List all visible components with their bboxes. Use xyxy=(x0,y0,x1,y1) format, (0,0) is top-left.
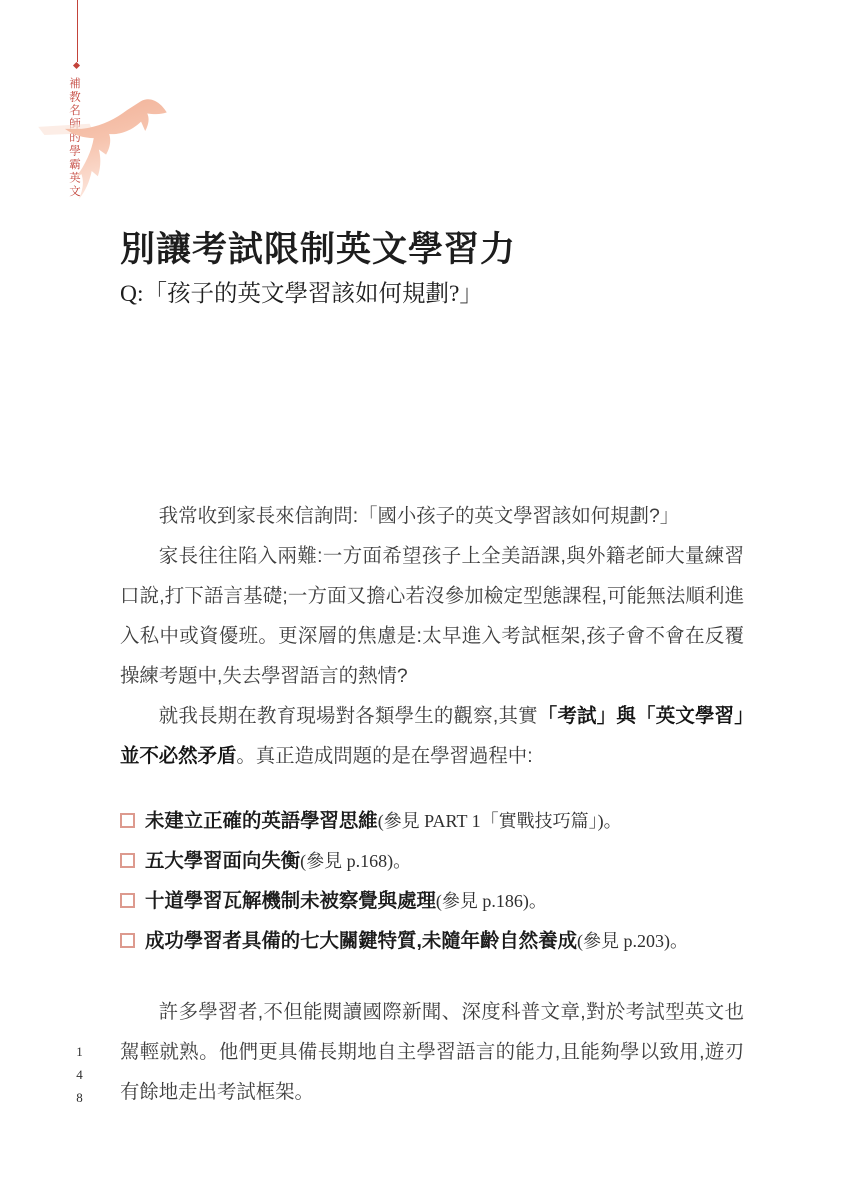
checkbox-icon xyxy=(120,893,135,908)
checklist-item: 五大學習面向失衡(參見 p.168)。 xyxy=(120,841,744,881)
rail-line xyxy=(77,0,78,62)
paragraph-3-tail: 。真正造成問題的是在學習過程中: xyxy=(236,745,532,767)
checklist-item-note: (參見 p.186)。 xyxy=(436,891,547,911)
question-subtitle: Q:「孩子的英文學習該如何規劃?」 xyxy=(120,278,744,310)
checklist-item-title: 成功學習者具備的七大關鍵特質,未隨年齡自然養成 xyxy=(145,930,577,952)
main-column: 別讓考試限制英文學習力 Q:「孩子的英文學習該如何規劃?」 我常收到家長來信詢問… xyxy=(120,228,744,1112)
page-number: 148 xyxy=(71,1044,87,1113)
bird-body xyxy=(65,99,167,200)
chapter-title: 別讓考試限制英文學習力 xyxy=(120,228,744,272)
checklist-item-note: (參見 p.168)。 xyxy=(300,851,411,871)
checklist-item: 十道學習瓦解機制未被察覺與處理(參見 p.186)。 xyxy=(120,881,744,921)
checklist-item: 成功學習者具備的七大關鍵特質,未隨年齡自然養成(參見 p.203)。 xyxy=(120,921,744,961)
checklist-item-title: 五大學習面向失衡 xyxy=(145,850,300,872)
checklist: 未建立正確的英語學習思維(參見 PART 1「實戰技巧篇」)。 五大學習面向失衡… xyxy=(120,801,744,961)
paragraph-3: 就我長期在教育現場對各類學生的觀察,其實「考試」與「英文學習」並不必然矛盾。真正… xyxy=(120,696,744,776)
checklist-item-title: 十道學習瓦解機制未被察覺與處理 xyxy=(145,890,436,912)
flying-bird-icon xyxy=(36,97,170,205)
checklist-item-title: 未建立正確的英語學習思維 xyxy=(145,810,378,832)
checklist-item: 未建立正確的英語學習思維(參見 PART 1「實戰技巧篇」)。 xyxy=(120,801,744,841)
checkbox-icon xyxy=(120,813,135,828)
paragraph-4: 許多學習者,不但能閱讀國際新聞、深度科普文章,對於考試型英文也駕輕就熟。他們更具… xyxy=(120,992,744,1112)
paragraph-2: 家長往往陷入兩難:一方面希望孩子上全美語課,與外籍老師大量練習口說,打下語言基礎… xyxy=(120,536,744,696)
body-text: 我常收到家長來信詢問:「國小孩子的英文學習該如何規劃?」 家長往往陷入兩難:一方… xyxy=(120,496,744,776)
checkbox-icon xyxy=(120,853,135,868)
checklist-item-note: (參見 p.203)。 xyxy=(577,931,688,951)
diamond-bullet-icon xyxy=(73,62,80,69)
checkbox-icon xyxy=(120,933,135,948)
checklist-item-note: (參見 PART 1「實戰技巧篇」)。 xyxy=(378,811,622,831)
paragraph-3-lead: 就我長期在教育現場對各類學生的觀察,其實 xyxy=(159,705,538,727)
closing-text: 許多學習者,不但能閱讀國際新聞、深度科普文章,對於考試型英文也駕輕就熟。他們更具… xyxy=(120,992,744,1112)
paragraph-1: 我常收到家長來信詢問:「國小孩子的英文學習該如何規劃?」 xyxy=(120,496,744,536)
book-page: 補教名師的學霸英文 148 別讓考試限制英文學習力 Q:「孩子的英文學習該如何規… xyxy=(0,0,860,1200)
